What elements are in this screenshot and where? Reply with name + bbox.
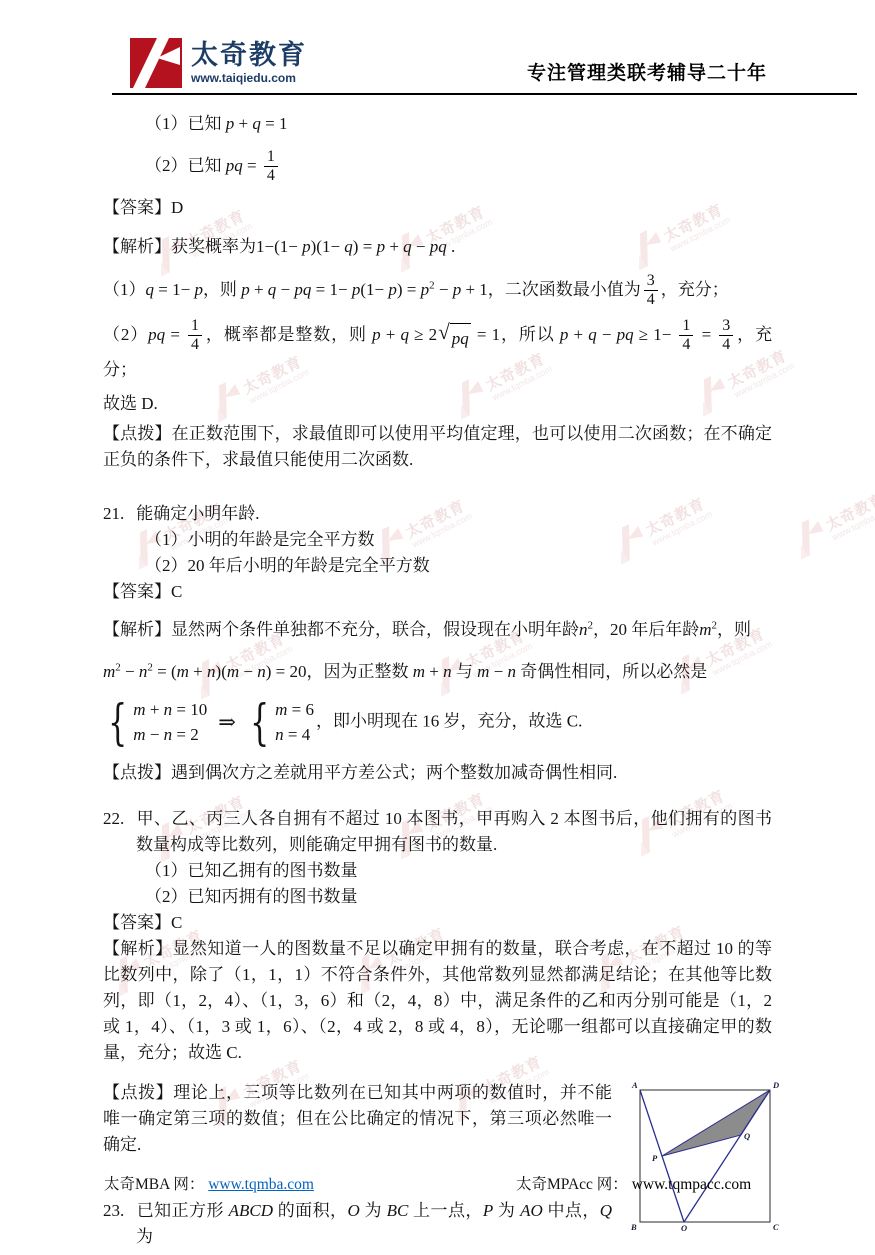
figure-label-p: P bbox=[652, 1153, 658, 1163]
figure-label-a: A bbox=[631, 1080, 638, 1090]
q21-cases: {m + n = 10m − n = 2⇒{m = 6n = 4，即小明现在 1… bbox=[103, 699, 772, 746]
q20-tip: 【点拨】在正数范围下，求最值即可以使用平均值定理，也可以使用二次函数；在不确定正… bbox=[103, 421, 772, 473]
q21-answer: 【答案】C bbox=[103, 579, 772, 605]
footer-mba-label: 太奇MBA 网： bbox=[104, 1176, 204, 1193]
q21-number: 21. bbox=[103, 504, 124, 523]
q20-answer: 【答案】D bbox=[103, 195, 772, 221]
page-header: 太奇教育 www.taiqiedu.com 专注管理类联考辅导二十年 bbox=[130, 38, 767, 88]
q20-step-1: （1）q = 1− p，则 p + q − pq = 1− p(1− p) = … bbox=[103, 273, 772, 309]
figure-label-b: B bbox=[630, 1222, 637, 1232]
q22-number: 22. bbox=[103, 809, 124, 828]
q20-analysis: 【解析】获奖概率为1−(1− p)(1− q) = p + q − pq . bbox=[103, 234, 772, 260]
q21-analysis: 【解析】显然两个条件单独都不充分，联合，假设现在小明年龄n2，20 年后年龄m2… bbox=[103, 617, 772, 643]
q23-number: 23. bbox=[103, 1201, 124, 1220]
document-page: 太奇教育 www.tqmba.com 太奇教育 www.tqmba.com 太奇… bbox=[0, 0, 875, 1255]
q21-equation: m2 − n2 = (m + n)(m − n) = 20，因为正整数 m + … bbox=[103, 657, 772, 687]
brand-url: www.taiqiedu.com bbox=[191, 72, 307, 84]
figure-label-q: Q bbox=[744, 1131, 750, 1141]
figure-label-o: O bbox=[681, 1223, 687, 1232]
q22-tip-and-figure: A D B C O P Q 【点拨】理论上，三项等比数列在已知其中两项的数值时，… bbox=[103, 1080, 772, 1250]
q22-analysis: 【解析】显然知道一人的图数量不足以确定甲拥有的数量，联合考虑，在不超过 10 的… bbox=[103, 936, 772, 1066]
tqmba-link[interactable]: www.tqmba.com bbox=[208, 1176, 314, 1193]
figure-label-c: C bbox=[773, 1222, 779, 1232]
q21-condition-2: （2）20 年后小明的年龄是完全平方数 bbox=[145, 553, 772, 579]
q22-title: 22.甲、乙、丙三人各自拥有不超过 10 本图书，甲再购入 2 本图书后，他们拥… bbox=[103, 806, 772, 858]
q21-condition-1: （1）小明的年龄是完全平方数 bbox=[145, 527, 772, 553]
q20-conclusion: 故选 D. bbox=[103, 391, 772, 417]
figure-label-d: D bbox=[772, 1080, 779, 1090]
brand-name: 太奇教育 bbox=[191, 42, 307, 69]
q20-condition-1: （1）已知 p + q = 1 bbox=[145, 111, 772, 137]
q21-title: 21.能确定小明年龄. bbox=[103, 501, 772, 527]
header-divider bbox=[112, 93, 857, 95]
square-geometry-figure: A D B C O P Q bbox=[628, 1080, 788, 1232]
taiqi-logo-icon bbox=[130, 38, 182, 88]
q22-answer: 【答案】C bbox=[103, 910, 772, 936]
q22-condition-2: （2）已知丙拥有的图书数量 bbox=[145, 884, 772, 910]
q21-tip: 【点拨】遇到偶次方之差就用平方差公式；两个整数加减奇偶性相同. bbox=[103, 760, 772, 786]
header-slogan: 专注管理类联考辅导二十年 bbox=[527, 58, 767, 85]
tqmpacc-url: www.tqmpacc.com bbox=[632, 1176, 752, 1193]
q22-condition-1: （1）已知乙拥有的图书数量 bbox=[145, 858, 772, 884]
brand-block: 太奇教育 www.taiqiedu.com bbox=[130, 38, 307, 88]
q20-step-2: （2）pq = 14，概率都是整数，则 p + q ≥ 2√pq = 1，所以 … bbox=[103, 318, 772, 384]
q23-title-text: 已知正方形 ABCD 的面积，O 为 BC 上一点，P 为 AO 中点，Q 为 bbox=[136, 1201, 612, 1246]
q20-condition-2: （2）已知 pq = 14 bbox=[145, 149, 772, 185]
footer-mpacc-label: 太奇MPAcc 网： bbox=[516, 1176, 628, 1193]
